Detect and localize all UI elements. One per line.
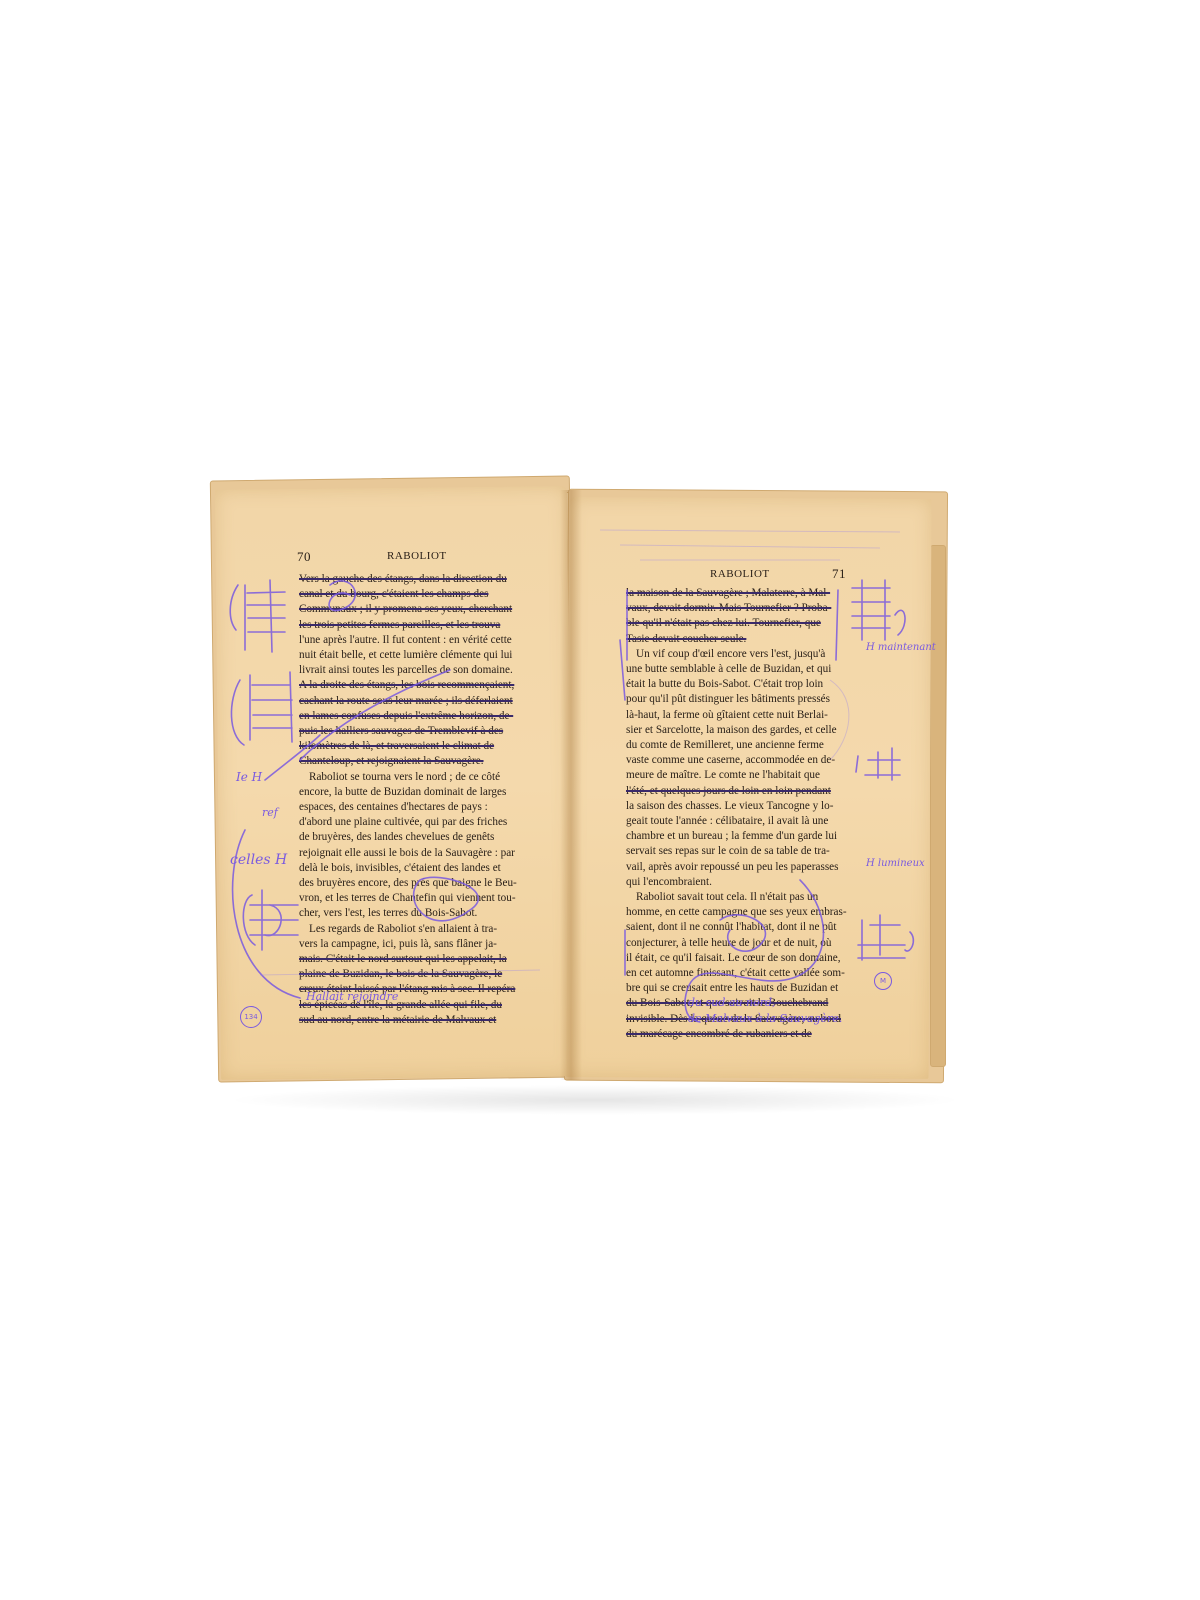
text-line: Raboliot se tourna vers le nord ; de ce … (299, 770, 531, 785)
text-line: Raboliot savait tout cela. Il n'était pa… (626, 890, 858, 905)
margin-note-h-lumineux: H lumineux (866, 858, 925, 869)
margin-note-hallait-rejoindre: Hallait rejoindre (306, 990, 398, 1003)
text-line: chambre et un bureau ; la femme d'un gar… (626, 829, 858, 844)
text-line: d'abord une plaine cultivée, qui par des… (299, 815, 531, 830)
right-running-head: RABOLIOT (710, 568, 770, 580)
text-line: meure de maître. Le comte ne l'habitait … (626, 768, 858, 783)
text-line: ble qu'il n'était pas chez lui. Tournefi… (626, 616, 858, 631)
book-gutter (560, 490, 582, 1080)
right-page-stack-edge (930, 545, 946, 1067)
text-line: Tasie devait coucher seule. (626, 632, 858, 647)
text-line: Vers la gauche des étangs, dans la direc… (299, 572, 531, 587)
text-line: une butte semblable à celle de Buzidan, … (626, 662, 858, 677)
text-line: vron, et les terres de Chantefin qui vie… (299, 891, 531, 906)
margin-note-h-maintenant: H maintenant (866, 642, 936, 653)
text-line: homme, en cette campagne que ses yeux em… (626, 905, 858, 920)
left-page-text: Vers la gauche des étangs, dans la direc… (299, 572, 531, 1028)
text-line: bre qui se creusait entre les hauts de B… (626, 981, 858, 996)
book-shadow (225, 1085, 965, 1115)
folio-mark-left: 134 (240, 1006, 262, 1028)
text-line: encore, la butte de Buzidan dominait de … (299, 785, 531, 800)
text-line: les trois petites fermes pareilles, et l… (299, 618, 531, 633)
text-line: canal et du bourg, c'étaient les champs … (299, 587, 531, 602)
text-line: en cet automne finissant, c'était cette … (626, 966, 858, 981)
text-line: il était, ce qu'il faisait. Le cœur de s… (626, 951, 858, 966)
text-line: vaux, devait dormir. Mais Tournefier ? P… (626, 601, 858, 616)
text-line: saient, dont il ne connût l'habitat, don… (626, 920, 858, 935)
text-line: Un vif coup d'œil encore vers l'est, jus… (626, 647, 858, 662)
right-page-number: 71 (832, 566, 846, 582)
text-line: nuit était belle, et cette lumière cléme… (299, 648, 531, 663)
text-line: qui l'encombraient. (626, 875, 858, 890)
text-line: delà le bois, invisibles, c'étaient des … (299, 861, 531, 876)
text-line: A la droite des étangs, les bois recomme… (299, 678, 531, 693)
margin-note-celles-h: celles H (230, 852, 287, 868)
photo-scene: 70 RABOLIOT Vers la gauche des étangs, d… (0, 0, 1200, 1600)
text-line: cher, vers l'est, les terres du Bois-Sab… (299, 906, 531, 921)
left-running-head: RABOLIOT (387, 550, 447, 562)
text-line: du comte de Remilleret, une ancienne fer… (626, 738, 858, 753)
text-line: Chanteloup, et rejoignaient la Sauvagère… (299, 754, 531, 769)
text-line: là-haut, la ferme où gîtaient cette nuit… (626, 708, 858, 723)
text-line: vail, après avoir repoussé un peu les pa… (626, 860, 858, 875)
text-line: espaces, des centaines d'hectares de pay… (299, 800, 531, 815)
text-line: rejoignait elle aussi le bois de la Sauv… (299, 846, 531, 861)
text-line: servait ses repas sur le coin de sa tabl… (626, 844, 858, 859)
left-page-number: 70 (297, 549, 311, 565)
text-line: plaine de Buzidan, le bois de la Sauvagè… (299, 967, 531, 982)
text-line: l'été, et quelques jours de loin en loin… (626, 784, 858, 799)
text-line: vers la campagne, ici, puis là, sans flâ… (299, 937, 531, 952)
margin-note-ie-h: Ie H (236, 770, 262, 784)
text-line: mais. C'était le nord surtout qui les ap… (299, 952, 531, 967)
text-line: la saison des chasses. Le vieux Tancogne… (626, 799, 858, 814)
text-line: livrait ainsi toutes les parcelles de so… (299, 663, 531, 678)
text-line: la maison de la Sauvagère ; Malaterre, à… (626, 586, 858, 601)
folio-mark-right: M (874, 972, 892, 990)
text-line: pour qu'il pût distinguer les bâtiments … (626, 692, 858, 707)
text-line: conjecturer, à telle heure de jour et de… (626, 936, 858, 951)
bottom-note-line-1: du sud au nord, (688, 996, 776, 1009)
text-line: du marécage encombré de rubaniers et de (626, 1027, 858, 1042)
text-line: en lames confuses depuis l'extrême horiz… (299, 709, 531, 724)
text-line: vaste comme une caserne, accommodée en d… (626, 753, 858, 768)
right-page-text: la maison de la Sauvagère ; Malaterre, à… (626, 586, 858, 1042)
text-line: Les regards de Raboliot s'en allaient à … (299, 922, 531, 937)
margin-note-ref: ref (262, 806, 278, 819)
text-line: geait toute l'année : célibataire, il av… (626, 814, 858, 829)
text-line: puis les halliers sauvages de Tremblevif… (299, 724, 531, 739)
text-line: était la butte du Bois-Sabot. C'était tr… (626, 677, 858, 692)
text-line: sud au nord, entre la métairie de Malvau… (299, 1013, 531, 1028)
text-line: l'une après l'autre. Il fut content : en… (299, 633, 531, 648)
text-line: des bruyères encore, des prés que baigne… (299, 876, 531, 891)
text-line: sier et Sarcelotte, la maison des gardes… (626, 723, 858, 738)
text-line: cachant la route sous leur marée ; ils d… (299, 694, 531, 709)
bottom-note-line-2: de Malvaux à la Sauvagère. (688, 1012, 842, 1025)
text-line: Communaux ; il y promena ses yeux, cherc… (299, 602, 531, 617)
text-line: de bruyères, des landes chevelues de gen… (299, 830, 531, 845)
text-line: kilomètres de là, et traversaient le cli… (299, 739, 531, 754)
